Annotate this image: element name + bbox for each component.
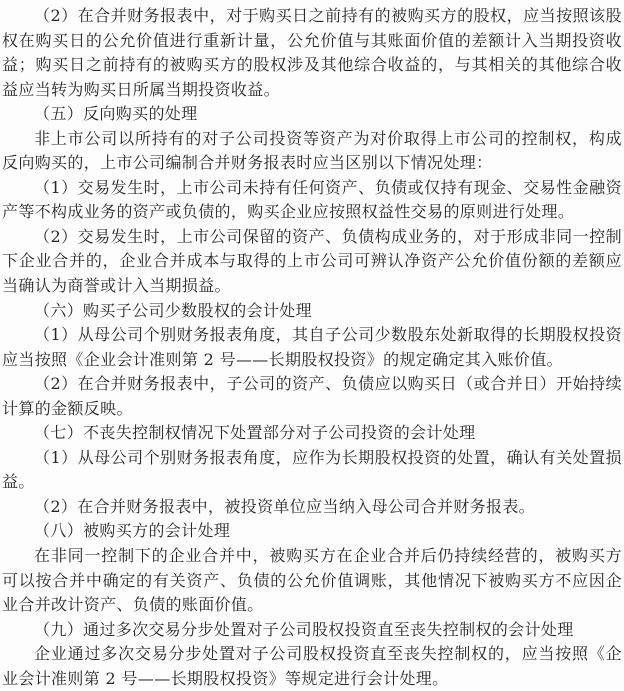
paragraph-reverse-purchase-intro: 非上市公司以所持有的对子公司投资等资产为对价取得上市公司的控制权，构成反向购买的…	[2, 127, 622, 176]
section-heading-minority-equity-purchase: （六）购买子公司少数股权的会计处理	[2, 299, 622, 324]
paragraph-minority-equity-item1: （1）从母公司个别财务报表角度，其自子公司少数股东处新取得的长期股权投资应当按照…	[2, 323, 622, 372]
paragraph-reverse-purchase-item1: （1）交易发生时，上市公司未持有任何资产、负债或仅持有现金、交易性金融资产等不构…	[2, 176, 622, 225]
section-heading-reverse-purchase: （五）反向购买的处理	[2, 102, 622, 127]
paragraph-minority-equity-item2: （2）在合并财务报表中，子公司的资产、负债应以购买日（或合并日）开始持续计算的金…	[2, 372, 622, 421]
document-page: （2）在合并财务报表中，对于购买日之前持有的被购买方的股权，应当按照该股权在购买…	[0, 0, 624, 691]
paragraph-merger-fs-item2: （2）在合并财务报表中，对于购买日之前持有的被购买方的股权，应当按照该股权在购买…	[2, 4, 622, 102]
section-heading-acquiree-accounting: （八）被购买方的会计处理	[2, 519, 622, 544]
section-heading-partial-disposal: （七）不丧失控制权情况下处置部分对子公司投资的会计处理	[2, 421, 622, 446]
section-heading-step-disposal: （九）通过多次交易分步处置对子公司股权投资直至丧失控制权的会计处理	[2, 618, 622, 643]
paragraph-partial-disposal-item2: （2）在合并财务报表中，被投资单位应当纳入母公司合并财务报表。	[2, 495, 622, 520]
paragraph-step-disposal-body: 企业通过多次交易分步处置对子公司股权投资直至丧失控制权的，应当按照《企业会计准则…	[2, 642, 622, 691]
paragraph-acquiree-accounting-body: 在非同一控制下的企业合并中，被购买方在企业合并后仍持续经营的，被购买方可以按合并…	[2, 544, 622, 618]
paragraph-partial-disposal-item1: （1）从母公司个别财务报表角度，应作为长期股权投资的处置，确认有关处置损益。	[2, 446, 622, 495]
paragraph-reverse-purchase-item2: （2）交易发生时，上市公司保留的资产、负债构成业务的，对于形成非同一控制下企业合…	[2, 225, 622, 299]
